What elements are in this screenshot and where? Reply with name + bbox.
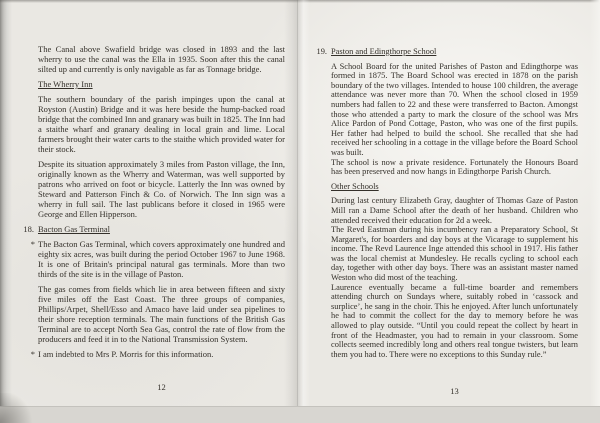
paragraph-laurence-boarder: Laurence eventually became a full-time b… bbox=[331, 283, 578, 360]
paragraph-school-board: A School Board for the united Parishes o… bbox=[331, 62, 578, 158]
gutter-crease-line bbox=[297, 0, 298, 407]
paragraph-bacton-terminal-text: The Bacton Gas Terminal, which covers ap… bbox=[38, 239, 285, 279]
asterisk-marker: * bbox=[31, 349, 35, 359]
paragraph-bacton-terminal: * The Bacton Gas Terminal, which covers … bbox=[38, 239, 285, 279]
asterisk-marker: * bbox=[31, 239, 35, 249]
section-number-19: 19. bbox=[317, 47, 327, 57]
paragraph-revd-eastman: The Revd Eastman during his incumbency r… bbox=[331, 225, 578, 283]
section-title-school: Paston and Edingthorpe School bbox=[331, 47, 436, 56]
paragraph-southern-boundary: The southern boundary of the parish impi… bbox=[38, 94, 285, 154]
footnote-morris: * I am indebted to Mrs P. Morris for thi… bbox=[38, 349, 285, 359]
scan-left-edge-shadow bbox=[0, 0, 12, 423]
section-title-bacton: Bacton Gas Terminal bbox=[38, 224, 110, 234]
paragraph-dame-school: During last century Elizabeth Gray, daug… bbox=[331, 196, 578, 225]
section-number-18: 18. bbox=[23, 224, 34, 234]
book-scan: The Canal above Swafield bridge was clos… bbox=[0, 0, 600, 423]
paragraph-gas-fields: The gas comes from fields which lie in a… bbox=[38, 284, 285, 344]
footnote-text: I am indebted to Mrs P. Morris for this … bbox=[38, 349, 213, 359]
heading-bacton-gas-terminal: 18. Bacton Gas Terminal bbox=[38, 224, 285, 234]
heading-paston-edingthorpe-school: 19. Paston and Edingthorpe School bbox=[331, 47, 578, 57]
paragraph-canal-closure: The Canal above Swafield bridge was clos… bbox=[38, 44, 285, 74]
heading-other-schools: Other Schools bbox=[331, 182, 578, 192]
scanner-bed-bottom-band bbox=[0, 406, 600, 423]
paragraph-private-residence: The school is now a private residence. F… bbox=[331, 158, 578, 177]
page-number-13: 13 bbox=[331, 386, 578, 396]
page-number-12: 12 bbox=[38, 382, 285, 392]
page-right: 19. Paston and Edingthorpe School A Scho… bbox=[331, 47, 578, 359]
paragraph-despite-situation: Despite its situation approximately 3 mi… bbox=[38, 159, 285, 219]
scan-right-edge-highlight bbox=[590, 0, 600, 423]
bottom-left-corner-shadow bbox=[0, 393, 34, 423]
page-left: The Canal above Swafield bridge was clos… bbox=[38, 44, 285, 364]
heading-the-wherry-inn: The Wherry Inn bbox=[38, 79, 285, 89]
